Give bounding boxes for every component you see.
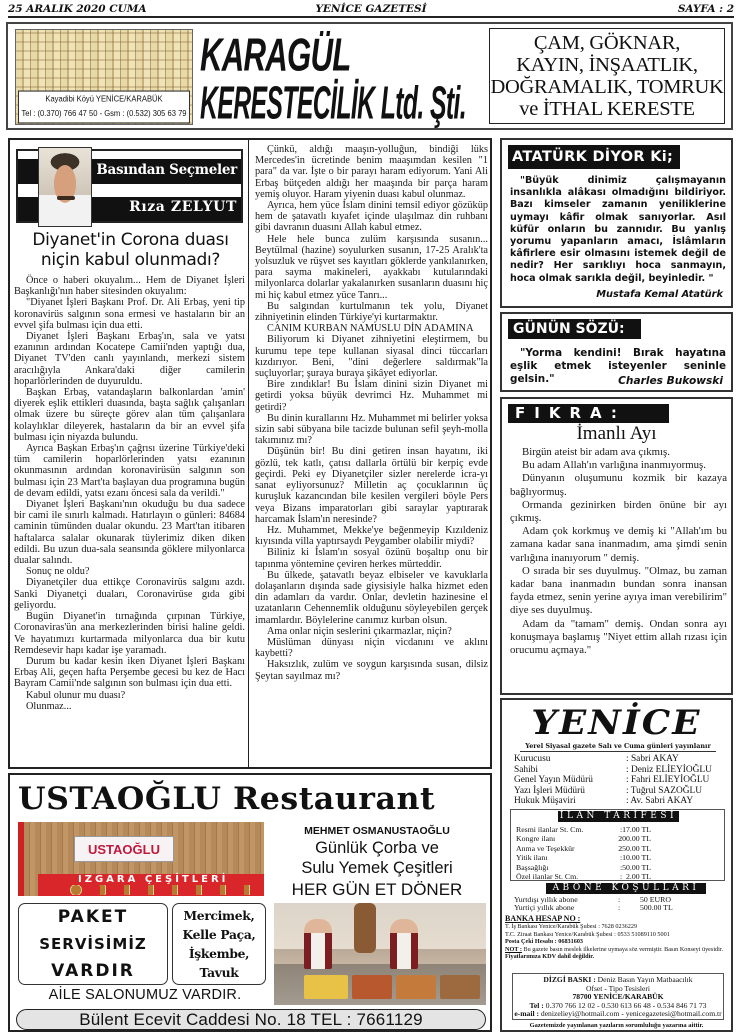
delivery-box: PAKET SERVİSİMİZ VARDIR (18, 903, 168, 985)
page-number: SAYFA : 2 (678, 3, 734, 15)
menu-item: Tavuk (173, 963, 265, 982)
ad-products: ÇAM, GÖKNAR, KAYIN, İNŞAATLIK, DOĞRAMALI… (489, 28, 725, 124)
disclaimer: Gazetemizde yayınlanan yazıların sorumlu… (502, 1022, 731, 1029)
joke-box: FIKRA: İmanlı Ayı Birgün ateist bir adam… (500, 397, 733, 695)
note-text: Bu gazete basın meslek ilkelerine uymaya… (523, 946, 723, 953)
tariff-item: Kongre ilanı (516, 834, 555, 843)
paragraph: Ayrıca Başkan Erbaş'ın çağrısı üzerine T… (14, 443, 245, 499)
lumber-photo: Kayadibi Köyü YENİCE/KARABÜK Tel : (0.37… (15, 29, 193, 125)
article-body: Çünkü, aldığı maaşın-yolluğun, bindiği l… (255, 144, 488, 682)
staff-role: Genel Yayın Müdürü (514, 775, 593, 786)
paragraph: Bu adam Allah'ın varlığına inanmıyormuş. (510, 459, 727, 472)
printer-info: DİZGİ BASKI : Deniz Basın Yayın Matbaacı… (512, 973, 724, 1020)
tariff-row: Kongre ilanı:200.00 TL (516, 834, 721, 843)
apron (397, 933, 411, 969)
joke-tag: FIKRA: (508, 404, 669, 423)
menu-item: Mercimek, (173, 906, 265, 925)
paragraph: Adam da "tamam" demiş. Ondan sonra ayı k… (510, 618, 727, 658)
paragraph: Ormanda gezinirken birden önüne bir ayı … (510, 499, 727, 525)
paragraph: Biliyorum ki Diyanet zihniyetini eleştir… (255, 334, 488, 379)
delivery-line: SERVİSİMİZ (19, 931, 167, 958)
tariff-item: Resmi ilanlar St. Cm. (516, 825, 583, 834)
column-article-part2: Çünkü, aldığı maaşın-yolluğun, bindiği l… (249, 138, 492, 769)
tariff-item: Başsağlığı (516, 863, 549, 872)
column-article-part1: Basından Seçmeler Rıza ZELYUT Diyanet'in… (8, 138, 249, 769)
staff-name: : Deniz ELİEYİOĞLU (626, 765, 712, 776)
tariff-price: 17.00 TL (622, 825, 651, 834)
staff-name: : Fahri ELİEYİOĞLU (626, 775, 709, 786)
bank-info: BANKA HESAP NO : T. İş Bankası Yenice/Ka… (505, 914, 731, 961)
food-tray (304, 975, 348, 999)
ad-karagul-kerestecilik: Kayadibi Köyü YENİCE/KARABÜK Tel : (0.37… (6, 22, 733, 130)
staff-row: Sahibi: Deniz ELİEYİOĞLU (514, 765, 726, 776)
quote-text: "Büyük dinimiz çalışmayanın insanlıkla a… (510, 175, 726, 285)
paragraph: Bu ülkede, şatavatlı beyaz elbiseler ve … (255, 570, 488, 626)
grill-banner: IZGARA ÇEŞİTLERİ (38, 874, 264, 896)
ad-brand-line2: KERESTECİLİK Ltd. Şti. (200, 78, 466, 130)
ad-ustaoglu-restaurant: USTAOĞLU Restaurant USTAOĞLU IZGARA ÇEŞİ… (8, 773, 492, 1032)
daily-menu: Günlük Çorba ve Sulu Yemek Çeşitleri (266, 838, 488, 878)
paragraph: "Diyanet İşleri Başkanı Prof. Dr. Ali Er… (14, 297, 245, 331)
email-address: denizelieyi@hotmail.com - yenicegazetesi… (541, 1009, 722, 1018)
print-house: Deniz Basın Yayın Matbaacılık (598, 975, 693, 984)
doner-line: HER GÜN ET DÖNER (266, 880, 488, 900)
bank-line: T.C. Ziraat Bankası Yenice/Karabük Şubes… (505, 931, 731, 939)
paragraph: Sonuç ne oldu? (14, 566, 245, 577)
tariff-price: 250.00 TL (618, 844, 651, 853)
product-line: ve İTHAL KERESTE (490, 98, 724, 120)
paragraph: Birgün ateist bir adam ava çıkmış. (510, 446, 727, 459)
storefront-sign: USTAOĞLU (74, 836, 174, 862)
column-header: Basından Seçmeler Rıza ZELYUT (16, 149, 243, 223)
ataturk-signature: Mustafa Kemal Atatürk (596, 289, 723, 300)
tariff-title: İLAN TARİFESİ (558, 811, 679, 822)
restaurant-owner: MEHMET OSMANUSTAOĞLU (266, 825, 488, 837)
staff-row: Kurucusu: Sabri AKAY (514, 754, 726, 765)
ataturk-quote-box: ATATÜRK DİYOR Ki; "Büyük dinimiz çalışma… (500, 138, 733, 308)
paragraph: Kabul olunur mu duası? (14, 690, 245, 701)
separator: : (620, 872, 622, 881)
tariff-row: Resmi ilanlar St. Cm.:17.00 TL (516, 825, 721, 834)
note: NOT : Bu gazete basın meslek ilkelerine … (505, 946, 731, 961)
ad-phone: Tel : (0.370) 766 47 50 - Gsm : (0.532) … (19, 106, 189, 120)
article-headline: Diyanet'in Corona duası niçin kabul olun… (14, 230, 247, 270)
subscription-row: Yurtiçi yıllık abone:500.00 TL (514, 904, 719, 912)
staff-list: Kurucusu: Sabri AKAY Sahibi: Deniz ELİEY… (514, 754, 726, 807)
staff-name: : Sabri AKAY (626, 754, 679, 765)
paragraph: Ayrıca, hem yüce İslam dinini temsil edi… (255, 200, 488, 234)
paragraph: Haksızlık, zulüm ve soygun karşısında su… (255, 659, 488, 681)
staff-row: Hukuk Müşaviri: Av. Sabri AKAY (514, 796, 726, 807)
paragraph: Diyanetçiler dua ettikçe Coronavirüs sal… (14, 577, 245, 611)
tariff-item: Özel ilanlar St. Cm. (516, 872, 578, 881)
quote-of-day-tag: GÜNÜN SÖZÜ: (508, 319, 641, 339)
tariff-price: 200.00 TL (618, 834, 651, 843)
print-label: DİZGİ BASKI : (543, 975, 595, 984)
paragraph: Başkan Erbaş, vatandaşların balkonlardan… (14, 387, 245, 443)
ad-address-box: Kayadibi Köyü YENİCE/KARABÜK Tel : (0.37… (18, 91, 190, 124)
article-body: Önce o haberi okuyalım... Hem de Diyanet… (14, 275, 245, 712)
email-label: e-mail : (514, 1009, 539, 1018)
paragraph: Diyanet İşleri Başkanı'nın okuduğu bu du… (14, 499, 245, 566)
quote-of-day-box: GÜNÜN SÖZÜ: "Yorma kendini! Bırak hayatı… (500, 312, 733, 392)
joke-body: Birgün ateist bir adam ava çıkmış. Bu ad… (510, 446, 727, 657)
paragraph: Biliniz ki İslam'ın sosyal özünü boşaltı… (255, 547, 488, 569)
paragraph: Diyanet İşleri Başkanı Erbaş'ın, sala ve… (14, 331, 245, 387)
paragraph: Hz. Muhammet, Mekke'ye beğenmeyip Kızıld… (255, 525, 488, 547)
ad-address: Kayadibi Köyü YENİCE/KARABÜK (19, 92, 189, 106)
tariff-row: Yitik ilanı:10.00 TL (516, 853, 721, 862)
tariff-item: Yitik ilanı (516, 853, 547, 862)
paragraph: Durum bu kadar kesin iken Diyanet İşleri… (14, 656, 245, 690)
tariff-price: 50.00 TL (622, 863, 651, 872)
paragraph: Çünkü, aldığı maaşın-yolluğun, bindiği l… (255, 144, 488, 200)
tariff-price: 2.00 TL (626, 872, 651, 881)
daily-line: Sulu Yemek Çeşitleri (266, 858, 488, 878)
ataturk-quote: "Büyük dinimiz çalışmayanın insanlıkla a… (510, 175, 726, 285)
paper-name: YENİCE GAZETESİ (8, 3, 734, 15)
paragraph: Hele hele bunca zulüm karşısında susanın… (255, 234, 488, 301)
ad-brand-line1: KARAGÜL (200, 30, 351, 82)
quote-of-day-signature: Charles Bukowski (618, 375, 723, 387)
impressum-box: YENİCE Yerel Siyasal gazete Salı ve Cuma… (500, 698, 733, 1032)
food-tray (396, 975, 436, 999)
paragraph: Düşünün bir! Bu dini getiren insan hayat… (255, 446, 488, 524)
paragraph: Müslüman dünyası niçin vicdanını ve aklı… (255, 637, 488, 659)
note-bold: Fiyatlarımıza KDV dahil değildir. (505, 953, 594, 960)
paragraph: Olunmaz... (14, 701, 245, 712)
author-photo (38, 147, 92, 227)
paragraph: Bire zındıklar! Bu İslam dinini sizin Di… (255, 379, 488, 413)
staff-role: Yazı İşleri Müdürü (514, 786, 585, 797)
delivery-line: PAKET (19, 904, 167, 931)
subscription-price: 500.00 TL (640, 904, 673, 912)
newspaper-logo: YENİCE (496, 703, 736, 743)
paragraph: Dünyanın oluşumunu kozmik bir kazaya bağ… (510, 472, 727, 498)
tariff-row: Özel ilanlar St. Cm.:2.00 TL (516, 872, 721, 881)
staff-role: Hukuk Müşaviri (514, 796, 576, 807)
staff-role: Kurucusu (514, 754, 550, 765)
paragraph: O sırada bir ses duyulmuş. "Olmaz, bu za… (510, 565, 727, 618)
tariff-item: Anma ve Teşekkür (516, 844, 575, 853)
tariff-price: 10.00 TL (622, 853, 651, 862)
paragraph: Önce o haberi okuyalım... Hem de Diyanet… (14, 275, 245, 297)
staff-role: Sahibi (514, 765, 538, 776)
ad-tariff-table: İLAN TARİFESİ Resmi ilanlar St. Cm.:17.0… (510, 809, 725, 881)
restaurant-interior-photo (274, 903, 486, 1005)
food-tray (440, 975, 480, 999)
headline-line: Diyanet'in Corona duası (14, 230, 247, 250)
tariff-row: Başsağlığı:50.00 TL (516, 863, 721, 872)
food-tray (352, 975, 392, 999)
bank-title: BANKA HESAP NO : (505, 914, 731, 923)
newspaper-subtitle: Yerel Siyasal gazete Salı ve Cuma günler… (520, 742, 716, 752)
column-section: Basından Seçmeler (96, 162, 237, 178)
menu-item: İşkembe, (173, 944, 265, 963)
restaurant-address: Bülent Ecevit Caddesi No. 18 TEL : 76611… (16, 1009, 486, 1030)
daily-line: Günlük Çorba ve (266, 838, 488, 858)
column-author: Rıza ZELYUT (129, 199, 237, 215)
paragraph: Bu salgından kurtulmanın tek yolu, Diyan… (255, 301, 488, 323)
joke-title: İmanlı Ayı (502, 423, 731, 445)
paragraph: Ama onlar niçin seslerini çıkarmazlar, n… (255, 626, 488, 637)
product-line: KAYIN, İNŞAATLIK, (490, 54, 724, 76)
apron (311, 933, 325, 969)
menu-item: Kelle Paça, (173, 925, 265, 944)
staff-name: : Tuğrul SAZOĞLU (626, 786, 702, 797)
paragraph: Bu dinin kurallarını Hz. Muhammet mi bel… (255, 413, 488, 447)
masthead: 25 ARALIK 2020 CUMA YENİCE GAZETESİ SAYF… (8, 2, 734, 18)
bank-line: Posta Çeki Hesabı : 06831603 (505, 938, 731, 946)
separator: : (618, 904, 620, 912)
bank-line: T. İş Bankası Yenice/Karabük Şubesi : 76… (505, 923, 731, 931)
product-line: ÇAM, GÖKNAR, (490, 32, 724, 54)
staff-row: Yazı İşleri Müdürü: Tuğrul SAZOĞLU (514, 786, 726, 797)
ataturk-tag: ATATÜRK DİYOR Ki; (508, 145, 680, 169)
delivery-line: VARDIR (19, 958, 167, 985)
headline-line: niçin kabul olunmadı? (14, 250, 247, 270)
paragraph: Bugün Diyanet'in tırnağında çırpınan Tür… (14, 611, 245, 656)
menu-box: Mercimek, Kelle Paça, İşkembe, Tavuk (172, 903, 266, 985)
paragraph: Adam çok korkmuş ve demiş ki "Allah'ım b… (510, 525, 727, 565)
note-label: NOT : (505, 946, 522, 953)
family-salon-line: AİLE SALONUMUZ VARDIR. (20, 987, 270, 1003)
restaurant-storefront-photo: USTAOĞLU IZGARA ÇEŞİTLERİ (18, 822, 264, 896)
subscription-title: ABONE KOŞULLARI (546, 883, 706, 894)
subscription-item: Yurtiçi yıllık abone (514, 904, 574, 912)
doner-spit (354, 903, 376, 953)
staff-name: : Av. Sabri AKAY (626, 796, 693, 807)
subheading: CANIM KURBAN NAMUSLU DİN ADAMINA (255, 323, 488, 334)
tariff-row: Anma ve Teşekkür:250.00 TL (516, 844, 721, 853)
product-line: DOĞRAMALIK, TOMRUK (490, 76, 724, 98)
restaurant-title: USTAOĞLU Restaurant (18, 781, 435, 817)
staff-row: Genel Yayın Müdürü: Fahri ELİEYİOĞLU (514, 775, 726, 786)
